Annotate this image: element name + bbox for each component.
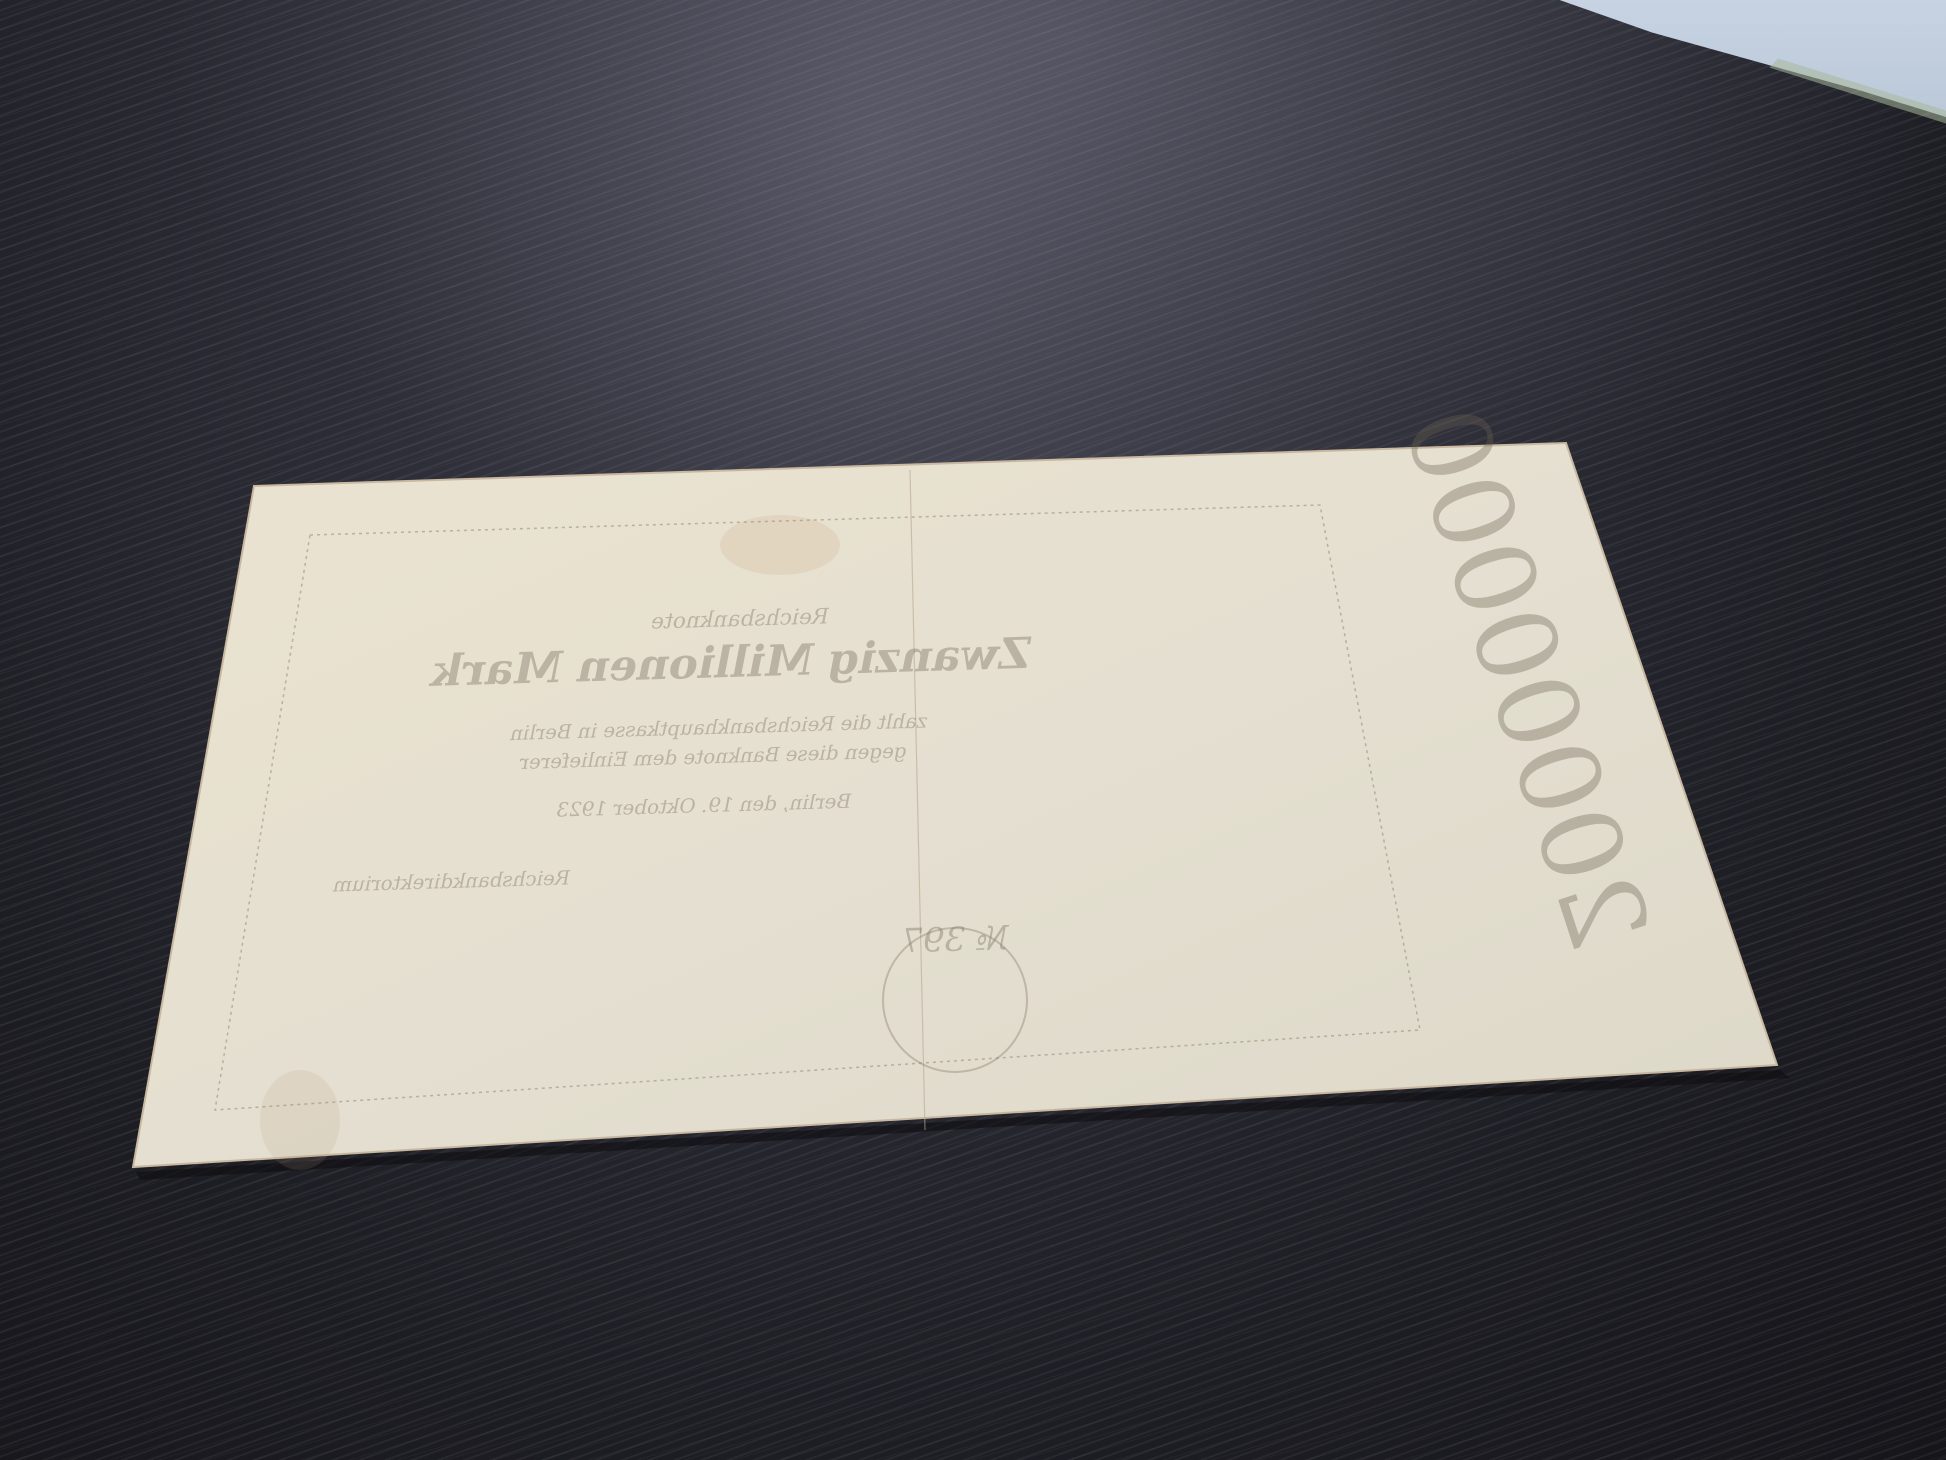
banknote: Reichsbanknote Zwanzig Millionen Mark za… (0, 0, 1946, 1460)
